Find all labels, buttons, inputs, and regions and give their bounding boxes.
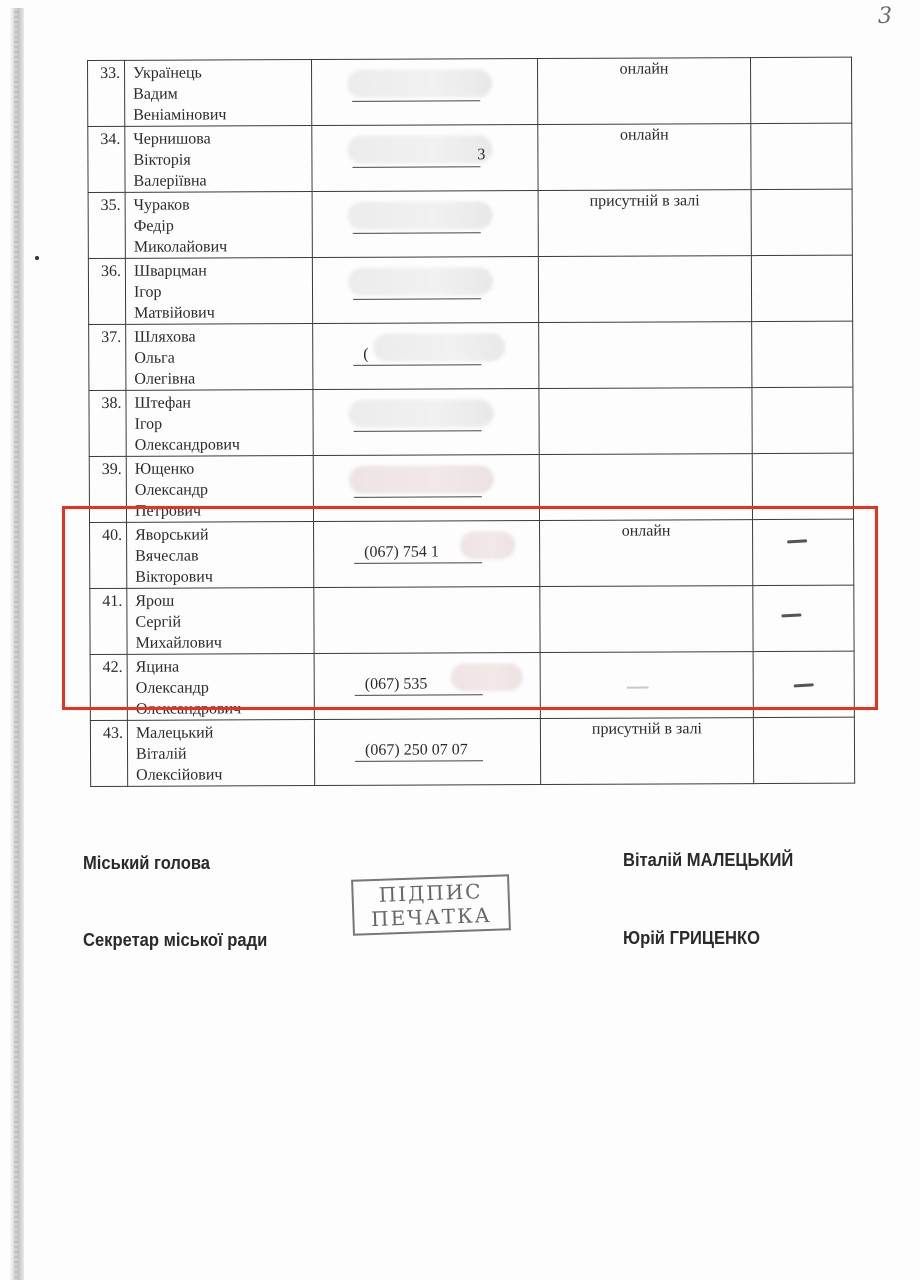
full-name: ШляховаОльгаОлегівна (126, 324, 313, 391)
table-row: 35.ЧураковФедірМиколайовичприсутній в за… (88, 189, 852, 258)
first-name: Віталій (136, 743, 314, 765)
phone-cell (312, 257, 538, 324)
patronymic: Олегівна (134, 368, 312, 390)
row-number: 36. (88, 258, 125, 324)
redaction-blur (373, 333, 505, 362)
surname: Українець (133, 62, 311, 84)
table-row: 38.ШтефанІгорОлександрович (89, 387, 853, 456)
patronymic: Валеріївна (133, 170, 311, 192)
signature-cell (752, 387, 853, 453)
patronymic: Миколайович (134, 236, 312, 258)
first-name: Ігор (134, 281, 312, 303)
mayor-title: Міський голова (83, 853, 210, 874)
attendance-status: онлайн (537, 58, 750, 125)
surname: Шварцман (134, 260, 312, 282)
signature-cell (750, 57, 851, 123)
first-name: Ольга (134, 347, 312, 369)
attendance-status (539, 322, 752, 389)
first-name: Вадим (133, 83, 311, 105)
patronymic: Матвійович (134, 302, 312, 324)
table-row: 43.МалецькийВіталійОлексійович(067) 250 … (90, 717, 854, 786)
full-name: ШтефанІгорОлександрович (126, 390, 313, 457)
phone-cell: ( (313, 323, 539, 390)
underline (355, 760, 483, 762)
redaction-blur (347, 135, 492, 164)
secretary-name: Юрій ГРИЦЕНКО (623, 928, 760, 949)
attendance-status: онлайн (538, 124, 751, 191)
redaction-blur (347, 69, 492, 98)
attendance-status: присутній в залі (538, 190, 751, 257)
row-number: 34. (88, 126, 125, 192)
first-name: Вікторія (133, 149, 311, 171)
surname: Штефан (134, 392, 312, 414)
row-number: 37. (89, 324, 126, 390)
underline (352, 100, 480, 102)
surname: Шляхова (134, 326, 312, 348)
surname: Чураков (134, 194, 312, 216)
surname: Малецький (136, 722, 314, 744)
patronymic: Олексійович (136, 764, 314, 786)
status-text: онлайн (620, 60, 669, 77)
status-text: присутній в залі (590, 192, 700, 209)
secretary-title: Секретар міської ради (83, 930, 267, 951)
signature-cell (751, 189, 852, 255)
first-name: Федір (134, 215, 312, 237)
table-row: 34.ЧернишоваВікторіяВалеріївна3онлайн (88, 123, 852, 192)
signature-seal-stamp: ПІДПИС ПЕЧАТКА (351, 874, 511, 935)
highlight-box (62, 506, 878, 710)
full-name: УкраїнецьВадимВеніамінович (125, 60, 312, 127)
patronymic: Веніамінович (133, 104, 311, 126)
underline (353, 298, 481, 300)
full-name: ЧернишоваВікторіяВалеріївна (125, 126, 312, 193)
patronymic: Олександрович (135, 434, 313, 456)
attendance-status (538, 256, 751, 323)
full-name: ШварцманІгорМатвійович (125, 258, 312, 325)
redaction-blur (348, 267, 493, 296)
phone-tail: 3 (477, 144, 485, 165)
redaction-blur (348, 201, 493, 230)
underline (354, 430, 482, 432)
status-text: присутній в залі (592, 720, 702, 737)
attendance-status (539, 388, 752, 455)
phone-number: ( (363, 344, 368, 365)
table-row: 33.УкраїнецьВадимВеніаміновичонлайн (88, 57, 852, 126)
handwritten-page-number: 3 (878, 4, 892, 29)
row-number: 35. (88, 192, 125, 258)
table-row: 36.ШварцманІгорМатвійович (88, 255, 852, 324)
row-number: 38. (89, 390, 126, 456)
redaction-blur (349, 465, 494, 494)
status-text: онлайн (620, 126, 669, 143)
signature-cell (751, 255, 852, 321)
surname: Ющенко (135, 458, 313, 480)
phone-cell: (067) 250 07 07 (314, 719, 540, 786)
phone-number: (067) 250 07 07 (365, 739, 468, 760)
full-name: МалецькийВіталійОлексійович (127, 720, 314, 787)
attendance-status: присутній в залі (540, 718, 753, 785)
phone-field: (067) 250 07 07 (355, 739, 490, 762)
phone-cell (312, 191, 538, 258)
phone-cell (312, 59, 538, 126)
signature-cell (752, 321, 853, 387)
binding-edge (10, 8, 24, 1280)
paper-speck (35, 256, 39, 260)
signature-cell (753, 717, 854, 783)
surname: Чернишова (133, 128, 311, 150)
underline (354, 496, 482, 498)
first-name: Олександр (135, 479, 313, 501)
table-row: 37.ШляховаОльгаОлегівна( (89, 321, 853, 390)
phone-cell: 3 (312, 125, 538, 192)
underline (353, 232, 481, 234)
row-number: 43. (90, 720, 127, 786)
mayor-name: Віталій МАЛЕЦЬКИЙ (623, 850, 793, 871)
row-number: 33. (88, 60, 125, 126)
signature-cell (751, 123, 852, 189)
phone-cell (313, 389, 539, 456)
full-name: ЧураковФедірМиколайович (125, 192, 312, 259)
stamp-line-2: ПЕЧАТКА (354, 902, 509, 931)
first-name: Ігор (135, 413, 313, 435)
redaction-blur (348, 399, 493, 428)
underline (353, 364, 481, 366)
underline (352, 166, 480, 168)
